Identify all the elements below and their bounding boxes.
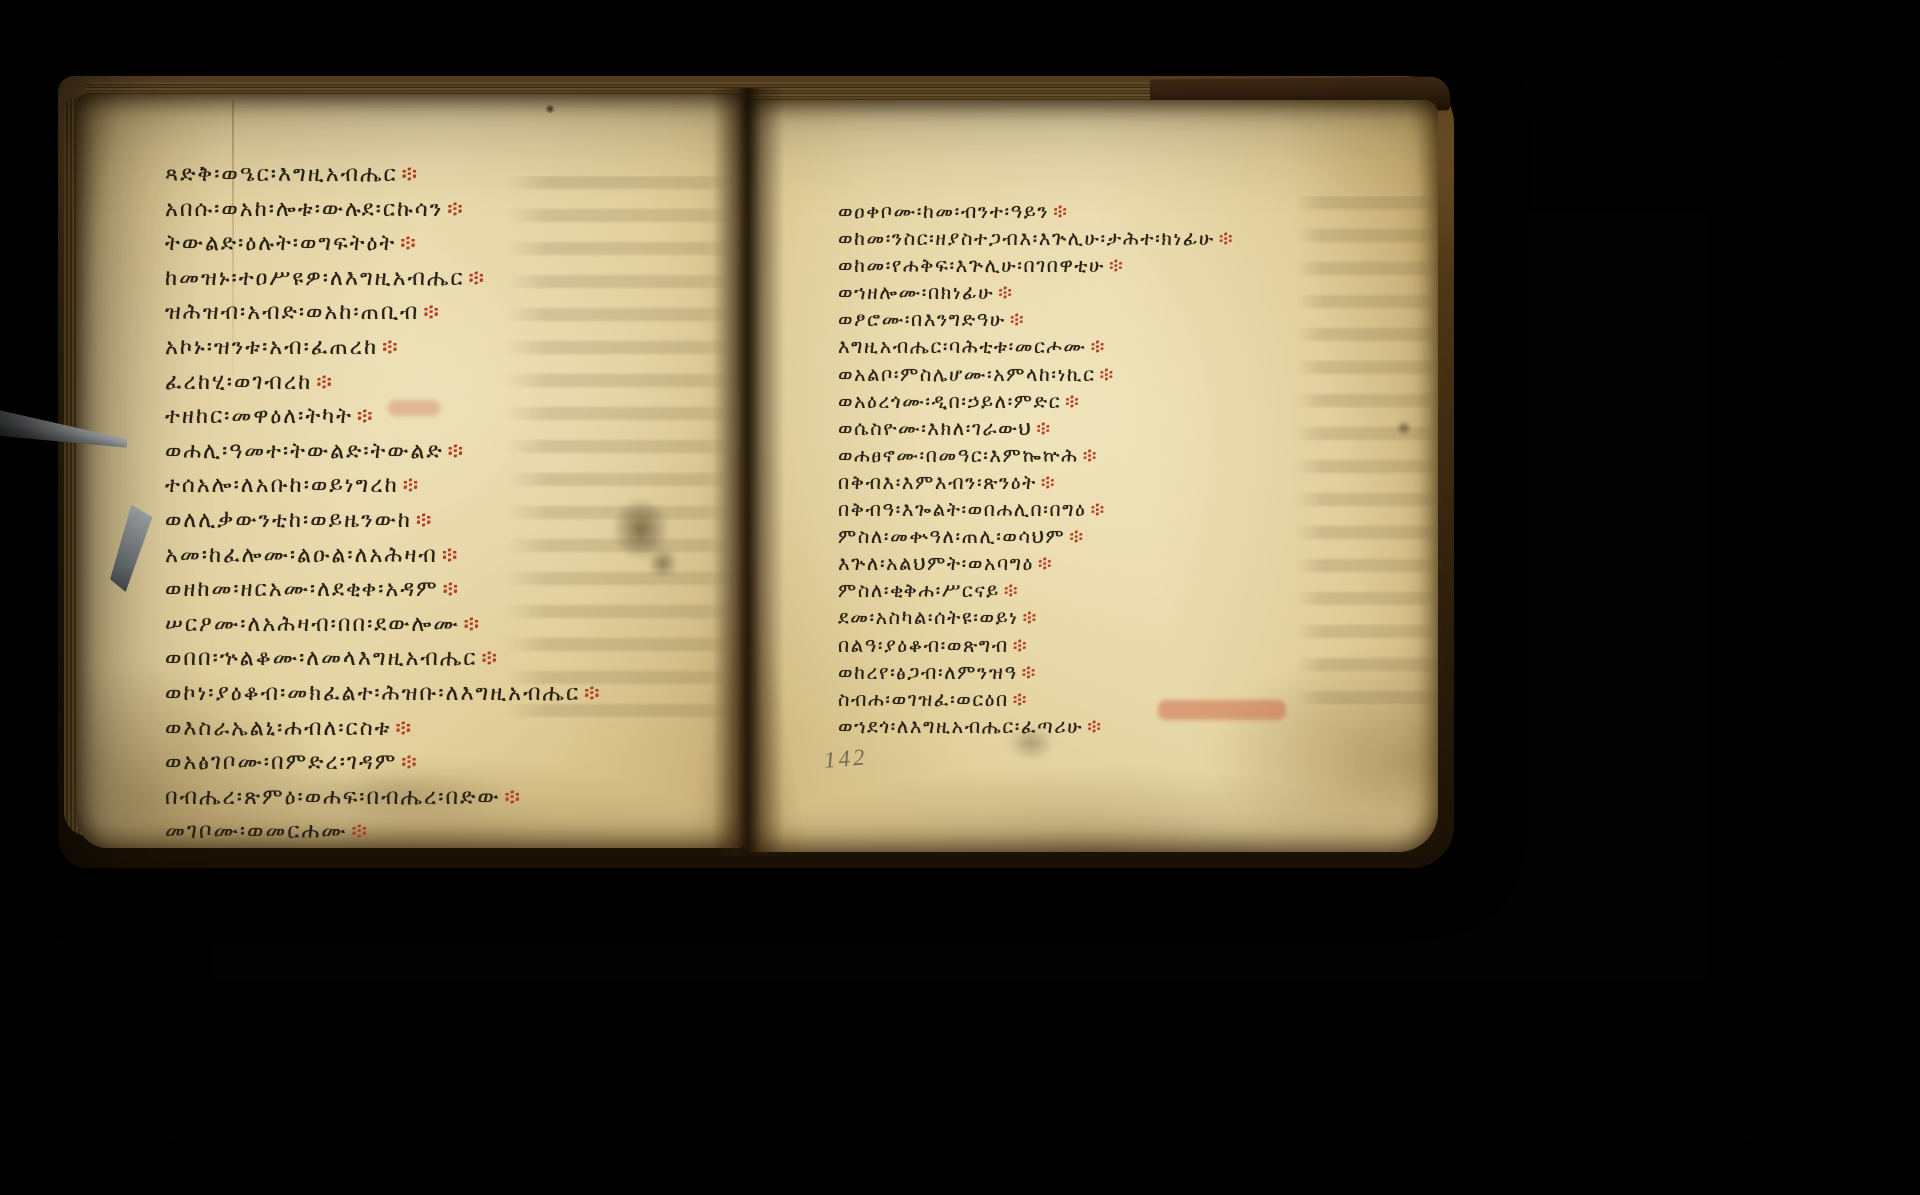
red-section-mark: ፨ <box>439 577 460 602</box>
line-text: ወኀደጎ፡ለእግዚአብሔር፡ፈጣሪሁ <box>838 715 1083 738</box>
line-text: ፈረከሂ፡ወገብረከ <box>165 370 312 395</box>
manuscript-line: መገቦሙ፡ወመርሐሙ፨ <box>165 815 602 850</box>
line-text: ወኀዘሎሙ፡በክነፊሁ <box>838 281 994 304</box>
line-text: ወከመ፡የሐቅፍ፡እጕሊሁ፡በገበዋቲሁ <box>838 254 1105 277</box>
manuscript-line: ወበበ፡ኍልቆሙ፡ለመላእግዚአብሔር፨ <box>165 642 602 677</box>
red-section-mark: ፨ <box>396 231 417 256</box>
red-section-mark: ፨ <box>347 819 368 844</box>
line-text: ሠርዖሙ፡ለአሕዛብ፡በበ፡ደውሎሙ <box>165 612 460 637</box>
red-section-mark: ፨ <box>312 370 333 395</box>
red-section-mark: ፨ <box>580 681 601 706</box>
manuscript-line: ወሐፀኖሙ፡በመዓር፡እምኰኵሕ፨ <box>838 442 1234 469</box>
line-text: እጕለ፡አልህምት፡ወአባግዕ <box>838 552 1034 575</box>
manuscript-line: ወከረየ፡ፅጋብ፡ለምንዝዓ፨ <box>838 659 1234 686</box>
manuscript-line: በቅብእ፡እምእብን፡ጽንዕት፨ <box>838 469 1234 496</box>
manuscript-line: ወአልቦ፡ምስሌሆሙ፡አምላከ፡ነኪር፨ <box>838 361 1234 388</box>
red-section-mark: ፨ <box>398 162 419 187</box>
line-text: በቅብእ፡እምእብን፡ጽንዕት <box>838 471 1037 494</box>
red-section-mark: ፨ <box>438 543 459 568</box>
line-text: በብሔረ፡ጽምዕ፡ወሐፍ፡በብሔረ፡በድው <box>165 785 500 810</box>
red-section-mark: ፨ <box>444 439 465 464</box>
red-section-mark: ፨ <box>1000 579 1019 602</box>
line-text: ወአፅገቦሙ፡በምድረ፡ገዳም <box>165 750 397 775</box>
manuscript-line: ደመ፡አስካል፡ሰትዩ፡ወይነ፨ <box>838 604 1234 631</box>
manuscript-line: ምስለ፡ቂቅሐ፡ሥርናይ፨ <box>838 577 1234 604</box>
manuscript-line: ወሴስዮሙ፡እክለ፡ገራውህ፨ <box>838 415 1234 442</box>
line-text: ወዐቀቦሙ፡ከመ፡ብንተ፡ዓይን <box>838 200 1049 223</box>
pencil-page-number: 142 <box>823 744 869 774</box>
red-section-mark: ፨ <box>994 281 1013 304</box>
manuscript-line: ስብሐ፡ወገዝፈ፡ወርዕበ፨ <box>838 686 1234 713</box>
line-text: ወአልቦ፡ምስሌሆሙ፡አምላከ፡ነኪር <box>838 363 1096 386</box>
manuscript-photo: ጻድቅ፡ወዔር፡እግዚአብሔር፨አበሱ፡ወአከ፡ሎቱ፡ውሉደ፡ርኩሳን፨ትውልድ… <box>0 0 1920 1195</box>
manuscript-line: ወሐሊ፡ዓመተ፡ትውልድ፡ትውልድ፨ <box>165 435 602 470</box>
manuscript-line: ወእስራኤልኒ፡ሐብለ፡ርስቱ፨ <box>165 712 602 747</box>
red-section-mark: ፨ <box>460 612 481 637</box>
red-section-mark: ፨ <box>443 197 464 222</box>
manuscript-line: ወከመ፡ንስር፡ዘያስተጋብእ፡እጕሊሁ፡ታሕተ፡ክነፊሁ፨ <box>838 225 1234 252</box>
manuscript-line: ተሰአሎ፡ለአቡከ፡ወይነግረከ፨ <box>165 469 602 504</box>
line-text: ደመ፡አስካል፡ሰትዩ፡ወይነ <box>838 606 1019 629</box>
line-text: አኮኑ፡ዝንቱ፡አብ፡ፈጠረከ <box>165 335 378 360</box>
red-section-mark: ፨ <box>419 300 440 325</box>
manuscript-line: ምስለ፡መቍዓለ፡ጠሊ፡ወሳህም፨ <box>838 523 1234 550</box>
manuscript-line: ጻድቅ፡ወዔር፡እግዚአብሔር፨ <box>165 158 602 193</box>
red-section-mark: ፨ <box>1009 634 1028 657</box>
line-text: ወዘከመ፡ዘርአሙ፡ለደቂቀ፡አዳም <box>165 577 439 602</box>
red-section-mark: ፨ <box>353 404 374 429</box>
red-section-mark: ፨ <box>500 785 521 810</box>
manuscript-line: ወኮነ፡ያዕቆብ፡መክፈልተ፡ሕዝቡ፡ለእግዚአብሔር፨ <box>165 677 602 712</box>
manuscript-line: ወዘከመ፡ዘርአሙ፡ለደቂቀ፡አዳም፨ <box>165 573 602 608</box>
line-text: ወከረየ፡ፅጋብ፡ለምንዝዓ <box>838 661 1018 684</box>
red-section-mark: ፨ <box>1019 606 1038 629</box>
line-text: ወእስራኤልኒ፡ሐብለ፡ርስቱ <box>165 716 391 741</box>
manuscript-line: አመ፡ከፈሎሙ፡ልዑል፡ለአሕዛብ፨ <box>165 539 602 574</box>
red-section-mark: ፨ <box>378 335 399 360</box>
manuscript-line: ከመዝኑ፡ተዐሥዩዎ፡ለእግዚአብሔር፨ <box>165 262 602 297</box>
red-section-mark: ፨ <box>412 508 433 533</box>
line-text: ዝሕዝብ፡አብድ፡ወአከ፡ጠቢብ <box>165 300 419 325</box>
manuscript-line: ወለሊቃውንቲከ፡ወይዜንውከ፨ <box>165 504 602 539</box>
line-text: ምስለ፡መቍዓለ፡ጠሊ፡ወሳህም <box>838 525 1065 548</box>
line-text: ወኮነ፡ያዕቆብ፡መክፈልተ፡ሕዝቡ፡ለእግዚአብሔር <box>165 681 580 706</box>
red-section-mark: ፨ <box>391 716 412 741</box>
manuscript-line: በቅብዓ፡እጐልት፡ወበሐሊበ፡በግዕ፨ <box>838 496 1234 523</box>
red-section-mark: ፨ <box>1018 661 1037 684</box>
line-text: ወበበ፡ኍልቆሙ፡ለመላእግዚአብሔር <box>165 646 477 671</box>
manuscript-line: ወአዕረጎሙ፡ዲበ፡ኃይለ፡ምድር፨ <box>838 388 1234 415</box>
manuscript-line: ወኀደጎ፡ለእግዚአብሔር፡ፈጣሪሁ፨ <box>838 713 1234 740</box>
manuscript-line: በብሔረ፡ጽምዕ፡ወሐፍ፡በብሔረ፡በድው፨ <box>165 781 602 816</box>
red-section-mark: ፨ <box>1049 200 1068 223</box>
line-text: ከመዝኑ፡ተዐሥዩዎ፡ለእግዚአብሔር <box>165 266 465 291</box>
line-text: ወሐሊ፡ዓመተ፡ትውልድ፡ትውልድ <box>165 439 444 464</box>
red-section-mark: ፨ <box>1087 335 1106 358</box>
manuscript-line: እጕለ፡አልህምት፡ወአባግዕ፨ <box>838 550 1234 577</box>
manuscript-line: ወኀዘሎሙ፡በክነፊሁ፨ <box>838 279 1234 306</box>
line-text: ምስለ፡ቂቅሐ፡ሥርናይ <box>838 579 1000 602</box>
line-text: ጻድቅ፡ወዔር፡እግዚአብሔር <box>165 162 398 187</box>
manuscript-line: ሠርዖሙ፡ለአሕዛብ፡በበ፡ደውሎሙ፨ <box>165 608 602 643</box>
red-section-mark: ፨ <box>1009 688 1028 711</box>
red-section-mark: ፨ <box>1086 498 1105 521</box>
line-text: ወሐፀኖሙ፡በመዓር፡እምኰኵሕ <box>838 444 1079 467</box>
line-text: መገቦሙ፡ወመርሐሙ <box>165 819 347 844</box>
red-section-mark: ፨ <box>1215 227 1234 250</box>
manuscript-line: አበሱ፡ወአከ፡ሎቱ፡ውሉደ፡ርኩሳን፨ <box>165 193 602 228</box>
line-text: ወአዕረጎሙ፡ዲበ፡ኃይለ፡ምድር <box>838 390 1061 413</box>
manuscript-line: አኮኑ፡ዝንቱ፡አብ፡ፈጠረከ፨ <box>165 331 602 366</box>
line-text: ትውልድ፡ዕሉት፡ወግፍትዕት <box>165 231 396 256</box>
red-section-mark: ፨ <box>477 646 498 671</box>
red-section-mark: ፨ <box>397 750 418 775</box>
manuscript-line: ዝሕዝብ፡አብድ፡ወአከ፡ጠቢብ፨ <box>165 296 602 331</box>
manuscript-line: ወአፅገቦሙ፡በምድረ፡ገዳም፨ <box>165 746 602 781</box>
manuscript-line: በልዓ፡ያዕቆብ፡ወጽግብ፨ <box>838 632 1234 659</box>
manuscript-line: ወፆሮሙ፡በእንግድዓሁ፨ <box>838 306 1234 333</box>
line-text: እግዚአብሔር፡ባሕቲቱ፡መርሖሙ <box>838 335 1087 358</box>
red-section-mark: ፨ <box>1079 444 1098 467</box>
manuscript-line: እግዚአብሔር፡ባሕቲቱ፡መርሖሙ፨ <box>838 333 1234 360</box>
manuscript-line: ትውልድ፡ዕሉት፡ወግፍትዕት፨ <box>165 227 602 262</box>
line-text: ወከመ፡ንስር፡ዘያስተጋብእ፡እጕሊሁ፡ታሕተ፡ክነፊሁ <box>838 227 1215 250</box>
red-section-mark: ፨ <box>1034 552 1053 575</box>
line-text: ወፆሮሙ፡በእንግድዓሁ <box>838 308 1006 331</box>
manuscript-line: ፈረከሂ፡ወገብረከ፨ <box>165 366 602 401</box>
line-text: በልዓ፡ያዕቆብ፡ወጽግብ <box>838 634 1009 657</box>
red-section-mark: ፨ <box>1037 471 1056 494</box>
red-section-mark: ፨ <box>1083 715 1102 738</box>
line-text: አመ፡ከፈሎሙ፡ልዑል፡ለአሕዛብ <box>165 543 438 568</box>
line-text: ስብሐ፡ወገዝፈ፡ወርዕበ <box>838 688 1009 711</box>
manuscript-line: ተዘከር፡መዋዕለ፡ትካት፨ <box>165 400 602 435</box>
left-page-text: ጻድቅ፡ወዔር፡እግዚአብሔር፨አበሱ፡ወአከ፡ሎቱ፡ውሉደ፡ርኩሳን፨ትውልድ… <box>165 158 602 850</box>
red-section-mark: ፨ <box>1006 308 1025 331</box>
line-text: በቅብዓ፡እጐልት፡ወበሐሊበ፡በግዕ <box>838 498 1086 521</box>
red-section-mark: ፨ <box>1061 390 1080 413</box>
red-section-mark: ፨ <box>465 266 486 291</box>
line-text: ወሴስዮሙ፡እክለ፡ገራውህ <box>838 417 1032 440</box>
line-text: ተዘከር፡መዋዕለ፡ትካት <box>165 404 353 429</box>
red-section-mark: ፨ <box>1032 417 1051 440</box>
red-section-mark: ፨ <box>1096 363 1115 386</box>
manuscript-line: ወከመ፡የሐቅፍ፡እጕሊሁ፡በገበዋቲሁ፨ <box>838 252 1234 279</box>
red-section-mark: ፨ <box>399 473 420 498</box>
line-text: አበሱ፡ወአከ፡ሎቱ፡ውሉደ፡ርኩሳን <box>165 197 443 222</box>
red-section-mark: ፨ <box>1065 525 1084 548</box>
line-text: ወለሊቃውንቲከ፡ወይዜንውከ <box>165 508 412 533</box>
line-text: ተሰአሎ፡ለአቡከ፡ወይነግረከ <box>165 473 399 498</box>
manuscript-line: ወዐቀቦሙ፡ከመ፡ብንተ፡ዓይን፨ <box>838 198 1234 225</box>
red-section-mark: ፨ <box>1105 254 1124 277</box>
right-page-text: ወዐቀቦሙ፡ከመ፡ብንተ፡ዓይን፨ወከመ፡ንስር፡ዘያስተጋብእ፡እጕሊሁ፡ታሕ… <box>838 198 1234 740</box>
